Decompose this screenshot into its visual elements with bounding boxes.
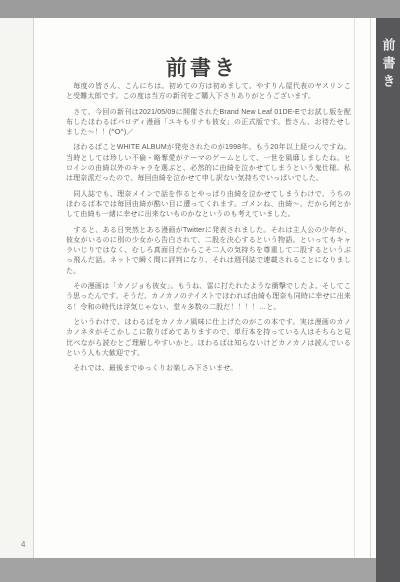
preface-paragraph: ほわるばことWHITE ALBUMが発売されたのが1998年。もう20年以上経つ… [66,143,351,184]
scanned-preface-page: 前書き 前書き 毎度の皆さん、こんにちは。初めての方は初めまして。やすりん屋代表… [0,0,400,582]
page-number: 4 [21,540,25,549]
page-title: 前書き [34,52,370,82]
preface-paragraph: 同人誌でも、理奈メインで話を作るとやっぱり由綺を泣かせてしまうわけで、うちのほわ… [66,190,351,221]
preface-paragraph: というわけで、ほわるばをカノカノ風味に仕上げたのがこの本です。実は漫画のカノカノ… [66,318,351,359]
chapter-side-tab: 前書き [376,18,400,582]
preface-paragraph: 毎度の皆さん、こんにちは。初めての方は初めまして。やすりん屋代表のヤスリンこと受… [66,82,351,103]
page-gutter [0,18,33,558]
preface-paragraph: さて、今回の新刊は2021/05/09に開催されたBrand New Leaf … [66,108,351,139]
preface-paragraph: すると、ある日突然とある漫画がTwitterに発表されました。それは主人公の少年… [66,226,351,277]
scan-band-bottom [0,558,377,582]
page-edge-line [370,18,371,582]
chapter-side-tab-label: 前書き [379,38,398,92]
page-crease-line [354,18,355,558]
preface-body: 毎度の皆さん、こんにちは。初めての方は初めまして。やすりん屋代表のヤスリンこと受… [66,82,351,379]
preface-paragraph: それでは、最後までゆっくりお楽しみ下さいませ。 [66,364,351,374]
preface-paragraph: その漫画は「カノジョも彼女」。もうね、雷に打たれたような衝撃でしたよ。そしてこう… [66,282,351,313]
page-fold-line [33,18,34,582]
scan-band-top [0,0,400,18]
